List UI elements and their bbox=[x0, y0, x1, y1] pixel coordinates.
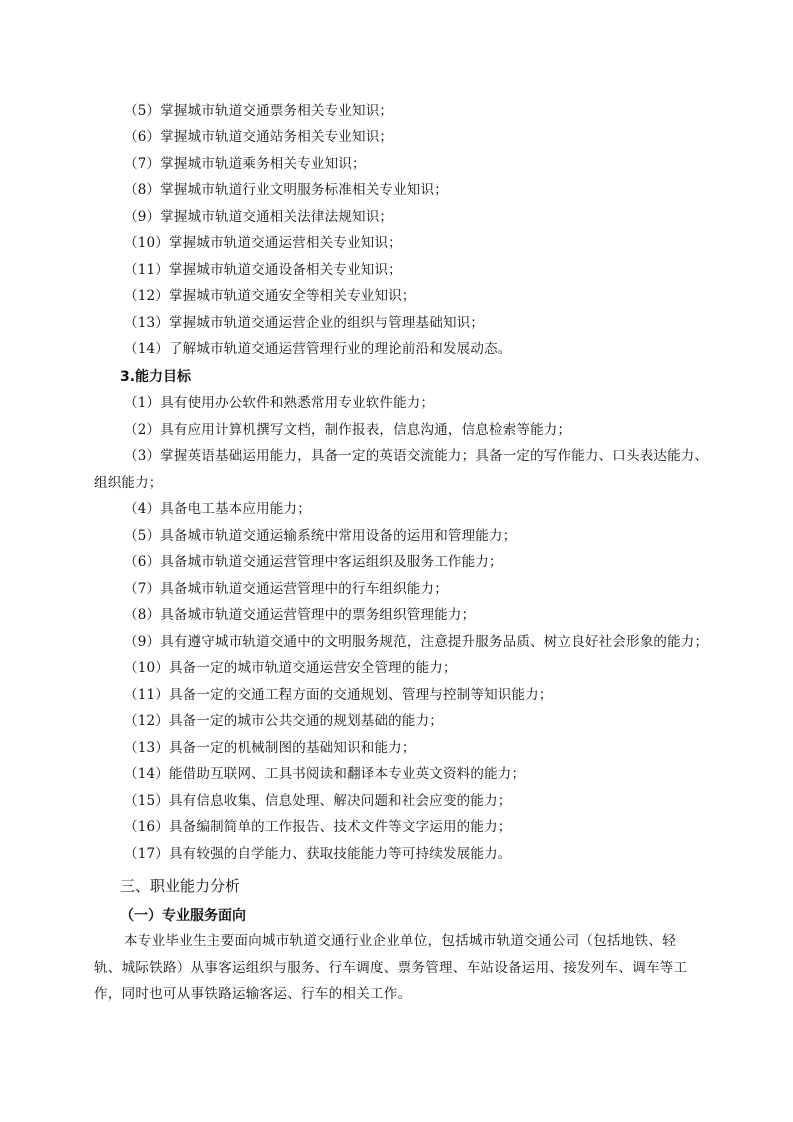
knowledge-item-9: （9）掌握城市轨道交通相关法律法规知识； bbox=[124, 208, 393, 226]
ability-item-16: （16）具备编制简单的工作报告、技术文件等文字运用的能力； bbox=[124, 818, 511, 836]
knowledge-item-12: （12）掌握城市轨道交通安全等相关专业知识； bbox=[124, 287, 416, 305]
service-paragraph: 本专业毕业生主要面向城市轨道交通行业企业单位，包括城市轨道交通公司（包括地铁、轻… bbox=[94, 928, 699, 1008]
ability-item-12: （12）具备一定的城市公共交通的规划基础的能力； bbox=[124, 712, 443, 730]
ability-item-13: （13）具备一定的机械制图的基础知识和能力； bbox=[124, 739, 416, 757]
knowledge-item-8: （8）掌握城市轨道行业文明服务标准相关专业知识； bbox=[124, 181, 448, 199]
ability-item-10: （10）具备一定的城市轨道交通运营安全管理的能力； bbox=[124, 659, 457, 677]
knowledge-item-5: （5）掌握城市轨道交通票务相关专业知识； bbox=[124, 102, 393, 120]
document-page: （5）掌握城市轨道交通票务相关专业知识； （6）掌握城市轨道交通站务相关专业知识… bbox=[0, 0, 793, 1122]
ability-item-2: （2）具有应用计算机撰写文档，制作报表，信息沟通，信息检索等能力； bbox=[124, 421, 571, 439]
ability-item-14: （14）能借助互联网、工具书阅读和翻译本专业英文资料的能力； bbox=[124, 765, 525, 783]
ability-item-8: （8）具备城市轨道交通运营管理中的票务组织管理能力； bbox=[124, 606, 475, 624]
ability-item-15: （15）具有信息收集、信息处理、解决问题和社会应变的能力； bbox=[124, 792, 511, 810]
knowledge-item-11: （11）掌握城市轨道交通设备相关专业知识； bbox=[124, 261, 402, 279]
subsection-heading: （一）专业服务面向 bbox=[120, 907, 246, 925]
ability-item-11: （11）具备一定的交通工程方面的交通规划、管理与控制等知识能力； bbox=[124, 686, 553, 704]
section-heading: 三、职业能力分析 bbox=[120, 876, 240, 896]
knowledge-item-13: （13）掌握城市轨道交通运营企业的组织与管理基础知识； bbox=[124, 314, 484, 332]
ability-item-6: （6）具备城市轨道交通运营管理中客运组织及服务工作能力； bbox=[124, 553, 503, 571]
ability-item-3: （3）掌握英语基础运用能力，具备一定的英语交流能力；具备一定的写作能力、口头表达… bbox=[124, 447, 708, 465]
ability-item-3-cont: 组织能力； bbox=[94, 474, 163, 492]
ability-item-9: （9）具有遵守城市轨道交通中的文明服务规范，注意提升服务品质、树立良好社会形象的… bbox=[124, 633, 708, 651]
ability-item-17: （17）具有较强的自学能力、获取技能能力等可持续发展能力。 bbox=[124, 845, 511, 863]
ability-item-4: （4）具备电工基本应用能力； bbox=[124, 500, 311, 518]
knowledge-item-6: （6）掌握城市轨道交通站务相关专业知识； bbox=[124, 128, 393, 146]
ability-item-5: （5）具备城市轨道交通运输系统中常用设备的运用和管理能力； bbox=[124, 527, 516, 545]
ability-item-7: （7）具备城市轨道交通运营管理中的行车组织能力； bbox=[124, 580, 448, 598]
knowledge-item-10: （10）掌握城市轨道交通运营相关专业知识； bbox=[124, 234, 402, 252]
knowledge-item-14: （14）了解城市轨道交通运营管理行业的理论前沿和发展动态。 bbox=[124, 340, 511, 358]
ability-heading: 3.能力目标 bbox=[120, 368, 191, 386]
knowledge-item-7: （7）掌握城市轨道乘务相关专业知识； bbox=[124, 155, 366, 173]
ability-item-1: （1）具有使用办公软件和熟悉常用专业软件能力； bbox=[124, 394, 434, 412]
